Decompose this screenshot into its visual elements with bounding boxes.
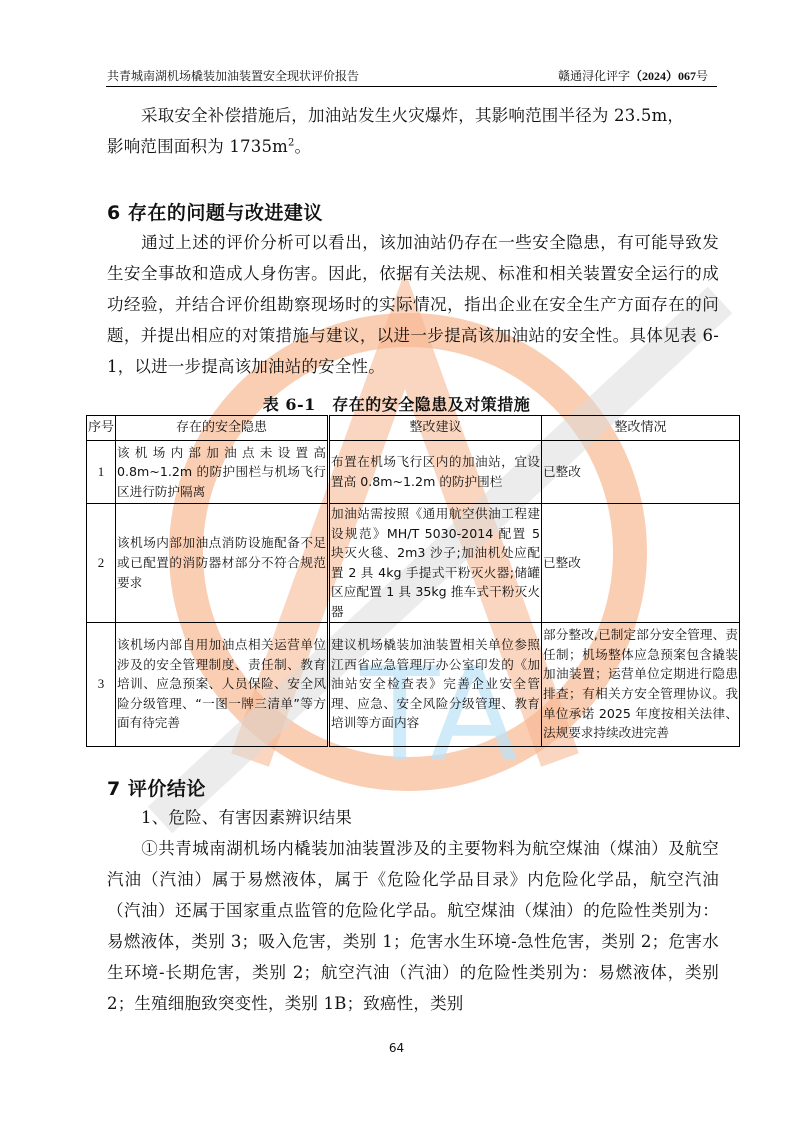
header-divider	[106, 86, 717, 87]
cell-status: 已整改	[542, 504, 740, 623]
hazard-measures-table: 序号 存在的安全隐患 整改建议 整改情况 1 该机场内部加油点未设置高 0.8m…	[86, 415, 740, 747]
report-doc-number: 赣通浔化评字（2024）067号	[558, 67, 708, 84]
col-header-suggestion: 整改建议	[329, 416, 542, 441]
table-row: 3 该机场内部自用加油点相关运营单位涉及的安全管理制度、责任制、教育培训、应急预…	[87, 622, 740, 746]
doc-number-prefix: 赣通浔化评字	[558, 69, 630, 83]
cell-status: 部分整改,已制定部分安全管理、责任制；机场整体应急预案包含撬装加油装置；运营单位…	[542, 622, 740, 746]
intro-paragraph: 采取安全补偿措施后，加油站发生火灾爆炸，其影响范围半径为 23.5m， 影响范围…	[107, 100, 719, 162]
cell-hazard: 该机场内部加油点未设置高 0.8m~1.2m 的防护围栏与机场飞行区进行防护隔离	[116, 441, 329, 504]
section-7-subheading: 1、危险、有害因素辨识结果	[107, 802, 719, 833]
doc-number-year: （2024）067	[630, 69, 696, 83]
section-6-text: 通过上述的评价分析可以看出，该加油站仍存在一些安全隐患，有可能导致发生安全事故和…	[107, 233, 719, 376]
section-7-text: ①共青城南湖机场内橇装加油装置涉及的主要物料为航空煤油（煤油）及航空汽油（汽油）…	[107, 839, 719, 1013]
col-header-status: 整改情况	[542, 416, 740, 441]
intro-line2-end: 。	[295, 137, 312, 156]
section-6-paragraph: 通过上述的评价分析可以看出，该加油站仍存在一些安全隐患，有可能导致发生安全事故和…	[107, 227, 719, 382]
cell-suggestion: 布置在机场飞行区内的加油站，宜设置高 0.8m~1.2m 的防护围栏	[329, 441, 542, 504]
doc-number-suffix: 号	[696, 69, 708, 83]
table-caption: 表 6-1 存在的安全隐患及对策措施	[0, 392, 793, 415]
cell-suggestion: 建议机场橇装加油装置相关单位参照江西省应急管理厅办公室印发的《加油站安全检查表》…	[329, 622, 542, 746]
col-header-seq: 序号	[87, 416, 116, 441]
intro-line2: 影响范围面积为 1735m	[107, 137, 288, 156]
section-7-heading: 7 评价结论	[107, 774, 206, 801]
cell-status: 已整改	[542, 441, 740, 504]
cell-hazard: 该机场内部自用加油点相关运营单位涉及的安全管理制度、责任制、教育培训、应急预案、…	[116, 622, 329, 746]
table-row: 1 该机场内部加油点未设置高 0.8m~1.2m 的防护围栏与机场飞行区进行防护…	[87, 441, 740, 504]
table-header-row: 序号 存在的安全隐患 整改建议 整改情况	[87, 416, 740, 441]
section-7-paragraph: ①共青城南湖机场内橇装加油装置涉及的主要物料为航空煤油（煤油）及航空汽油（汽油）…	[107, 833, 719, 1019]
sub-heading-1: 1、危险、有害因素辨识结果	[141, 808, 352, 827]
cell-suggestion: 加油站需按照《通用航空供油工程建设规范》MH/T 5030-2014 配置 5 …	[329, 504, 542, 623]
cell-hazard: 该机场内部加油点消防设施配备不足或已配置的消防器材部分不符合规范要求	[116, 504, 329, 623]
cell-seq: 2	[87, 504, 116, 623]
section-6-heading: 6 存在的问题与改进建议	[107, 198, 323, 225]
cell-seq: 1	[87, 441, 116, 504]
intro-line1: 采取安全补偿措施后，加油站发生火灾爆炸，其影响范围半径为 23.5m，	[141, 106, 684, 125]
cell-seq: 3	[87, 622, 116, 746]
col-header-hazard: 存在的安全隐患	[116, 416, 329, 441]
page-number: 64	[0, 1041, 793, 1055]
report-header-title: 共青城南湖机场橇装加油装置安全现状评价报告	[107, 67, 359, 84]
table-row: 2 该机场内部加油点消防设施配备不足或已配置的消防器材部分不符合规范要求 加油站…	[87, 504, 740, 623]
